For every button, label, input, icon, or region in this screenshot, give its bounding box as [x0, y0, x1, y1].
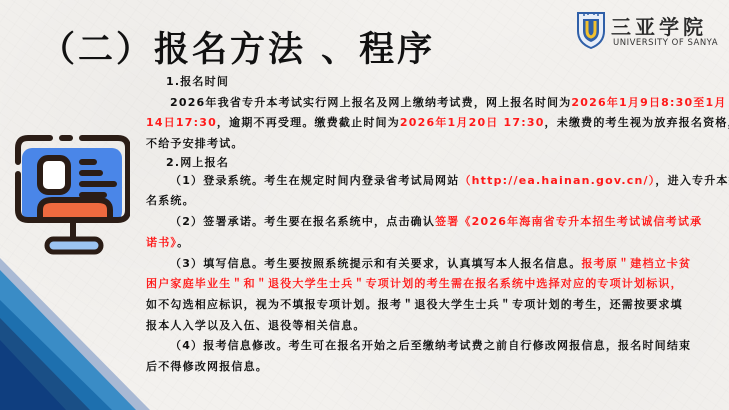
text-segment: 2026年我省专升本考试实行网上报名及网上缴纳考试费，网上报名时间为	[170, 96, 571, 109]
special-plan-highlight: 报考原＂建档立卡贫	[581, 257, 691, 270]
slide-title: （二）报名方法 、程序	[40, 22, 435, 72]
paragraph-line: 报本人入学以及入伍、退役等相关信息。	[146, 316, 686, 337]
monitor-stand-base	[44, 236, 104, 256]
paragraph-line: （3）填写信息。考生要按照系统提示和有关要求，认真填写本人报名信息。报考原＂建档…	[146, 254, 686, 275]
paragraph-line: 诺书》。	[146, 233, 686, 254]
university-logo: 三亚学院 UNIVERSITY OF SANYA	[575, 9, 725, 53]
logo-english-name: UNIVERSITY OF SANYA	[613, 38, 718, 48]
paragraph-line: 如不勾选相应标识，视为不填报专项计划。报考＂退役大学生士兵＂专项计划的考生，还需…	[146, 295, 686, 316]
computer-monitor-profile-icon	[10, 118, 130, 238]
integrity-pledge-highlight: 签署《2026年海南省专升本招生考试诚信考试承	[435, 215, 702, 228]
paragraph-line: （1）登录系统。考生在规定时间内登录省考试局网站（http://ea.haina…	[146, 171, 686, 192]
registration-period-highlight: 2026年1月9日8:30至1月	[571, 96, 726, 109]
text-segment: （1）登录系统。考生在规定时间内登录省考试局网站	[170, 174, 459, 187]
section-heading-online-registration: 2.网上报名	[146, 155, 686, 171]
text-segment: ，未缴费的考生视为放弃报名资格，	[545, 116, 729, 129]
paragraph-line: （4）报考信息修改。考生可在报名开始之后至缴纳考试费之前自行修改网报信息，报名时…	[146, 336, 686, 357]
exam-bureau-website-link[interactable]: （http://ea.hainan.gov.cn/）	[459, 174, 655, 187]
text-segment: ，逾期不再受理。缴费截止时间为	[217, 116, 400, 129]
text-segment: 。	[177, 236, 189, 249]
university-emblem-icon	[575, 9, 607, 49]
paragraph-line: 14日17:30，逾期不再受理。缴费截止时间为2026年1月20日 17:30，…	[146, 113, 686, 134]
section-heading-registration-time: 1.报名时间	[146, 72, 686, 93]
paragraph-line: 不给予安排考试。	[146, 134, 686, 155]
special-plan-highlight-cont: 困户家庭毕业生＂和＂退役大学生士兵＂专项计划的考生需在报名系统中选择对应的专项计…	[146, 274, 686, 295]
paragraph-line: 2026年我省专升本考试实行网上报名及网上缴纳考试费，网上报名时间为2026年1…	[146, 93, 686, 114]
integrity-pledge-highlight-cont: 诺书》	[146, 236, 177, 249]
text-segment: （3）填写信息。考生要按照系统提示和有关要求，认真填写本人报名信息。	[170, 257, 581, 270]
payment-deadline-highlight: 2026年1月20日 17:30	[400, 116, 545, 129]
text-segment: （2）签署承诺。考生要在报名系统中，点击确认	[170, 215, 435, 228]
registration-end-highlight: 14日17:30	[146, 116, 217, 129]
paragraph-line: 后不得修改网报信息。	[146, 357, 686, 378]
paragraph-line: （2）签署承诺。考生要在报名系统中，点击确认签署《2026年海南省专升本招生考试…	[146, 212, 686, 233]
paragraph-line: 名系统。	[146, 191, 686, 212]
logo-chinese-name: 三亚学院	[611, 11, 707, 40]
text-segment: ，进入专升本报	[655, 174, 729, 187]
registration-procedure-text: 1.报名时间 2026年我省专升本考试实行网上报名及网上缴纳考试费，网上报名时间…	[146, 72, 686, 378]
